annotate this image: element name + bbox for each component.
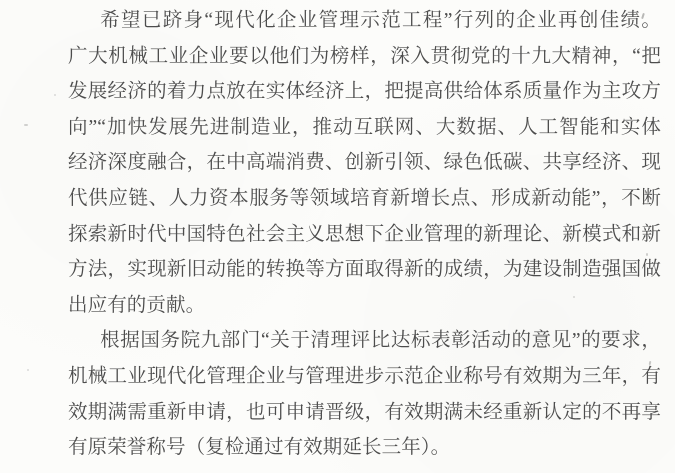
text-line: 机械工业现代化管理企业与管理进步示范企业称号有效期为三年，有 [68,359,661,395]
document-page: 希望已跻身“现代化企业管理示范工程”行列的企业再创佳绩。 广大机械工业企业要以他… [0,0,675,473]
text-line: 探索新时代中国特色社会主义思想下企业管理的新理论、新模式和新 [68,217,661,253]
text-line: 广大机械工业企业要以他们为榜样，深入贯彻党的十九大精神，“把 [68,39,661,75]
text-line: 希望已跻身“现代化企业管理示范工程”行列的企业再创佳绩。 [68,3,661,39]
text-line: 代供应链、人力资本服务等领域培育新增长点、形成新动能”，不断 [68,181,661,217]
text-line: 有原荣誉称号（复检通过有效期延长三年）。 [68,430,661,466]
document-text-block: 希望已跻身“现代化企业管理示范工程”行列的企业再创佳绩。 广大机械工业企业要以他… [68,3,661,466]
text-line: 经济深度融合，在中高端消费、创新引领、绿色低碳、共享经济、现 [68,145,661,181]
text-line: 发展经济的着力点放在实体经济上，把提高供给体系质量作为主攻方 [68,74,661,110]
scan-speck [54,94,56,96]
text-line: 向”“加快发展先进制造业，推动互联网、大数据、人工智能和实体 [68,110,661,146]
text-line: 方法，实现新旧动能的转换等方面取得新的成绩，为建设制造强国做 [68,252,661,288]
text-line: 根据国务院九部门“关于清理评比达标表彰活动的意见”的要求， [68,323,661,359]
scan-speck [27,369,29,371]
scan-speck [24,124,28,126]
text-line: 出应有的贡献。 [68,288,661,324]
text-line: 效期满需重新申请，也可申请晋级，有效期满未经重新认定的不再享 [68,395,661,431]
